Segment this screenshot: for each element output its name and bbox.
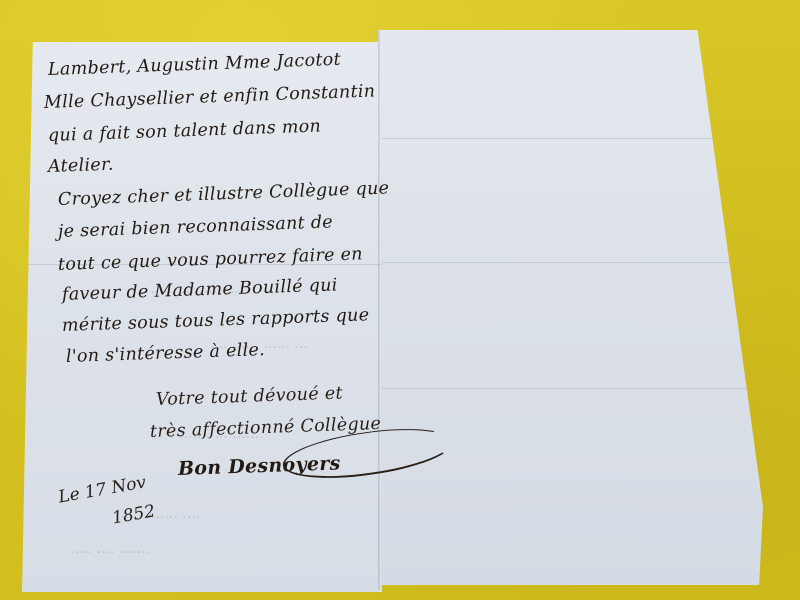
center-crease bbox=[378, 30, 381, 590]
body-line: Atelier. bbox=[48, 155, 114, 177]
fold-line bbox=[378, 262, 763, 263]
ghost-line: ······· ···· ····· bbox=[70, 545, 150, 561]
fold-line bbox=[378, 388, 763, 389]
fold-line bbox=[378, 138, 763, 139]
right-page-blank bbox=[378, 30, 763, 585]
